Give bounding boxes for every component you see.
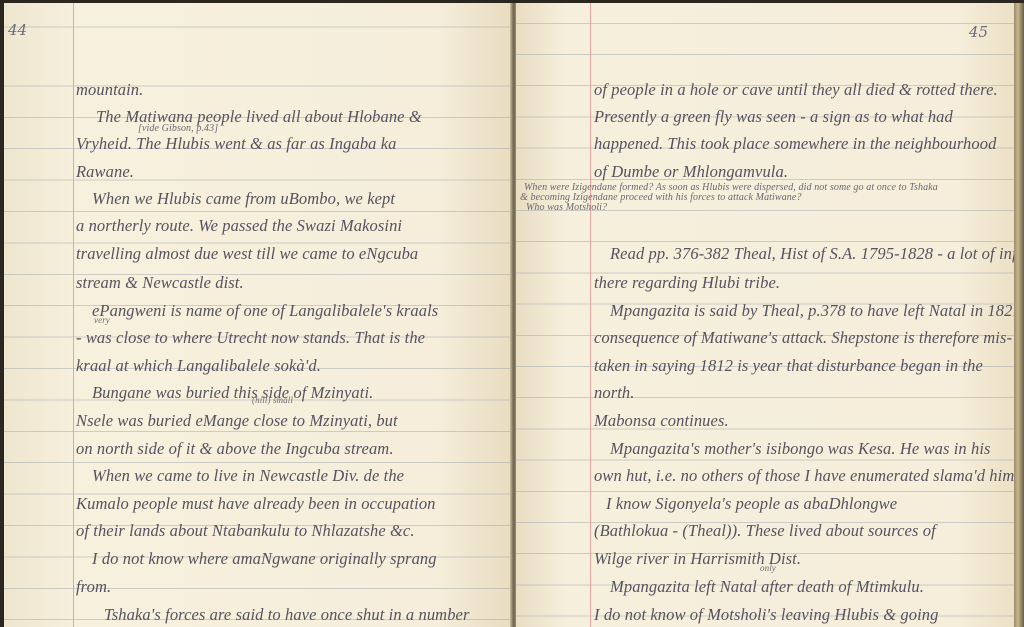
handwritten-line: own hut, i.e. no others of those I have …	[594, 466, 1016, 486]
handwritten-line: Presently a green fly was seen - a sign …	[594, 107, 953, 127]
handwritten-line: Mpangazita left Natal after death of Mti…	[610, 577, 924, 597]
handwritten-line: taken in saying 1812 is year that distur…	[594, 356, 983, 376]
handwritten-line: Rawane.	[76, 162, 134, 182]
handwritten-line: kraal at which Langalibalele sokà'd.	[76, 356, 321, 376]
handwritten-line: I do not know of Motsholi's leaving Hlub…	[594, 605, 938, 625]
handwritten-line: a northerly route. We passed the Swazi M…	[76, 216, 402, 236]
handwritten-line: Kumalo people must have already been in …	[76, 494, 436, 514]
handwritten-line: ePangweni is name of one of Langalibalel…	[92, 301, 438, 321]
handwritten-line: very	[94, 315, 110, 325]
handwritten-line: on north side of it & above the Ingcuba …	[76, 439, 394, 459]
handwritten-line: When we came to live in Newcastle Div. d…	[92, 466, 404, 486]
handwritten-line: Read pp. 376-382 Theal, Hist of S.A. 179…	[610, 244, 1016, 264]
handwritten-line: of their lands about Ntabankulu to Nhlaz…	[76, 521, 415, 541]
handwritten-line: Mabonsa continues.	[594, 411, 729, 431]
handwritten-line: Nsele was buried eMange close to Mzinyat…	[76, 411, 398, 431]
handwritten-line: from.	[76, 577, 111, 597]
handwritten-line: - was close to where Utrecht now stands.…	[76, 328, 425, 348]
page-number: 44	[8, 21, 27, 39]
handwritten-line: of Dumbe or Mhlongamvula.	[594, 162, 788, 182]
handwritten-line: consequence of Matiwane's attack. Shepst…	[594, 328, 1012, 348]
margin-line	[590, 3, 591, 627]
handwritten-line: north.	[594, 383, 634, 403]
page-edge	[1014, 3, 1024, 627]
handwritten-line: I do not know where amaNgwane originally…	[92, 549, 437, 569]
handwritten-line: mountain.	[76, 80, 143, 100]
handwritten-line: Bungane was buried this side of Mzinyati…	[92, 383, 373, 403]
right-page: 45 of people in a hole or cave until the…	[516, 3, 1016, 627]
handwritten-line: happened. This took place somewhere in t…	[594, 134, 996, 154]
handwritten-line: When we Hlubis came from uBombo, we kept	[92, 189, 395, 209]
left-page: 44 mountain.The Matiwana people lived al…	[4, 3, 512, 627]
handwritten-line: [vide Gibson, p.43]	[138, 123, 218, 134]
handwritten-line: Tshaka's forces are said to have once sh…	[104, 605, 469, 625]
handwritten-line: Vryheid. The Hlubis went & as far as Ing…	[76, 134, 397, 154]
handwritten-line: Mpangazita is said by Theal, p.378 to ha…	[610, 301, 1016, 321]
handwritten-line: there regarding Hlubi tribe.	[594, 273, 780, 293]
handwritten-line: I know Sigonyela's people as abaDhlongwe	[606, 494, 897, 514]
handwritten-line: travelling almost due west till we came …	[76, 244, 418, 264]
handwritten-line: stream & Newcastle dist.	[76, 273, 244, 293]
page-number: 45	[969, 23, 988, 41]
notebook-spread: 44 mountain.The Matiwana people lived al…	[0, 3, 1024, 627]
handwritten-line: Who was Motsholi?	[526, 202, 607, 213]
margin-line	[73, 3, 74, 627]
handwritten-line: (Bathlokua - (Theal)). These lived about…	[594, 521, 936, 541]
handwritten-line: (hill) small	[252, 395, 293, 405]
handwritten-line: only	[760, 563, 776, 573]
handwritten-line: Mpangazita's mother's isibongo was Kesa.…	[610, 439, 991, 459]
handwritten-line: of people in a hole or cave until they a…	[594, 80, 998, 100]
